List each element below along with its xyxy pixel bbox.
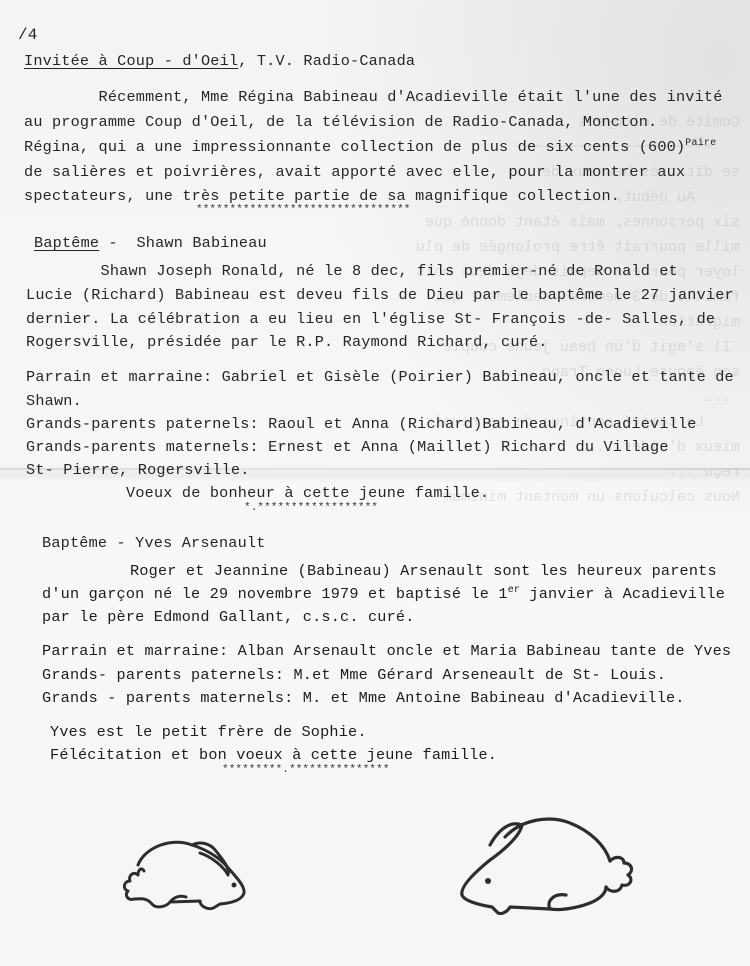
para1-line3-text: Régina, qui a une impressionnante collec… [24,138,685,156]
godparents-shawn-line2: Shawn. [26,392,82,410]
heading-rest: - Shawn Babineau [99,234,267,252]
wishes-yves: Félécitation et bon voeux à cette jeune … [50,746,497,764]
para3-line1: Roger et Jeannine (Babineau) Arsenault s… [130,562,717,580]
para3-line2-rest: janvier à Acadieville [520,585,725,603]
er-superscript: er [508,585,520,596]
grandparents-paternal-shawn: Grands-parents paternels: Raoul et Anna … [26,415,697,433]
bapteme-underlined: Baptême [34,234,99,252]
rabbit-left-icon [100,835,260,915]
para1-line5: spectateurs, une très petite partie de s… [24,187,620,205]
page-number: /4 [18,26,38,44]
section-heading-yves: Baptême - Yves Arsenault [42,534,266,552]
grandparents-maternal-shawn-cont: St- Pierre, Rogersville. [26,461,250,479]
rabbit-right-icon [450,815,660,915]
grandparents-maternal-shawn: Grands-parents maternels: Ernest et Anna… [26,438,669,456]
para2-line1: Shawn Joseph Ronald, né le 8 dec, fils p… [26,262,678,280]
note-sophie: Yves est le petit frère de Sophie. [50,723,367,741]
paire-superscript: Paire [685,138,716,149]
scanned-page: Comité de citoyens ... ~~~~~~~~~~~~~~~~~… [0,0,750,966]
godparents-yves: Parrain et marraine: Alban Arsenault onc… [42,642,731,660]
para3-line2: d'un garçon né le 29 novembre 1979 et ba… [42,585,725,603]
section-title-underlined: Invitée à Coup - d'Oeil [24,52,238,70]
separator-stars-2: *.****************** [244,502,378,514]
para1-line3: Régina, qui a une impressionnante collec… [24,138,716,156]
para2-line2: Lucie (Richard) Babineau est deveu fils … [26,286,734,304]
para1-line4: de salières et poivrières, avait apporté… [24,163,685,181]
godparents-shawn-line1: Parrain et marraine: Gabriel et Gisèle (… [26,368,734,386]
wishes-shawn: Voeux de bonheur à cette jeune famille. [126,484,489,502]
para3-line2-text: d'un garçon né le 29 novembre 1979 et ba… [42,585,508,603]
grandparents-maternal-yves: Grands - parents maternels: M. et Mme An… [42,689,685,707]
section-title-invitee: Invitée à Coup - d'Oeil, T.V. Radio-Cana… [24,52,415,70]
para1-line2: au programme Coup d'Oeil, de la télévisi… [24,113,657,131]
para3-line3: par le père Edmond Gallant, c.s.c. curé. [42,608,415,626]
section-heading-shawn: Baptême - Shawn Babineau [34,234,267,252]
para2-line3: dernier. La célébration a eu lieu en l'é… [26,310,715,328]
grandparents-paternal-yves: Grands- parents paternels: M.et Mme Géra… [42,666,666,684]
separator-stars-3: *********.*************** [222,764,390,776]
para2-line4: Rogersville, présidée par le R.P. Raymon… [26,333,548,351]
separator-stars-1: ******************************** [196,204,410,216]
section-title-rest: , T.V. Radio-Canada [238,52,415,70]
para1-line1: Récemment, Mme Régina Babineau d'Acadiev… [24,88,723,106]
